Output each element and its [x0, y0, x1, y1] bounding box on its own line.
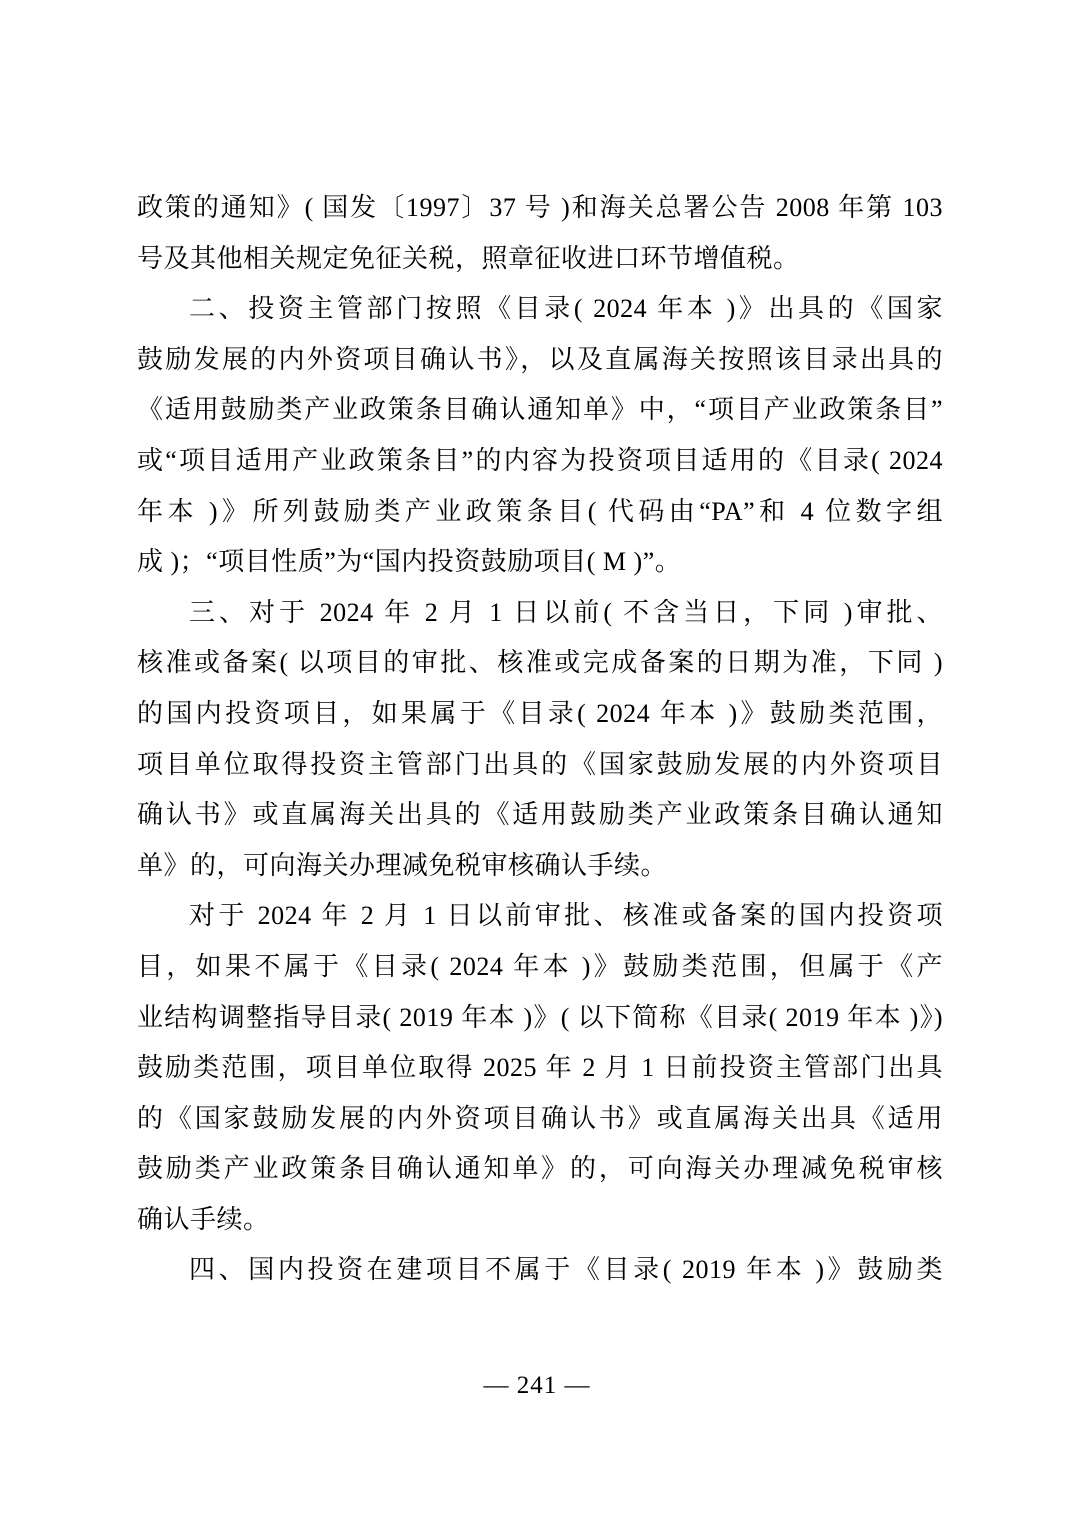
- text-line: 对于 2024 年 2 月 1 日以前审批、核准或备案的国内投资项: [137, 891, 943, 942]
- text-line: 业结构调整指导目录( 2019 年本 )》( 以下简称《目录( 2019 年本 …: [137, 993, 943, 1044]
- text-line: 二、投资主管部门按照《目录( 2024 年本 )》出具的《国家: [137, 284, 943, 335]
- text-line: 鼓励发展的内外资项目确认书》，以及直属海关按照该目录出具的: [137, 335, 943, 386]
- text-line: 鼓励类产业政策条目确认通知单》的，可向海关办理减免税审核: [137, 1144, 943, 1195]
- text-line: 单》的，可向海关办理减免税审核确认手续。: [137, 841, 943, 892]
- text-line: 的国内投资项目，如果属于《目录( 2024 年本 )》鼓励类范围，: [137, 689, 943, 740]
- text-line: 鼓励类范围，项目单位取得 2025 年 2 月 1 日前投资主管部门出具: [137, 1043, 943, 1094]
- document-body-text: 政策的通知》( 国发〔1997〕37 号 )和海关总署公告 2008 年第 10…: [137, 183, 943, 1296]
- text-line: 目，如果不属于《目录( 2024 年本 )》鼓励类范围，但属于《产: [137, 942, 943, 993]
- text-line: 三、对于 2024 年 2 月 1 日以前( 不含当日，下同 )审批、: [137, 588, 943, 639]
- text-line: 政策的通知》( 国发〔1997〕37 号 )和海关总署公告 2008 年第 10…: [137, 183, 943, 234]
- text-line: 确认书》或直属海关出具的《适用鼓励类产业政策条目确认通知: [137, 790, 943, 841]
- text-line: 核准或备案( 以项目的审批、核准或完成备案的日期为准，下同 ): [137, 638, 943, 689]
- text-line: 《适用鼓励类产业政策条目确认通知单》中，“项目产业政策条目”: [137, 385, 943, 436]
- text-line: 四、国内投资在建项目不属于《目录( 2019 年本 )》鼓励类: [137, 1245, 943, 1296]
- text-line: 确认手续。: [137, 1195, 943, 1246]
- document-page: 政策的通知》( 国发〔1997〕37 号 )和海关总署公告 2008 年第 10…: [0, 0, 1074, 1520]
- text-line: 项目单位取得投资主管部门出具的《国家鼓励发展的内外资项目: [137, 740, 943, 791]
- text-line: 或“项目适用产业政策条目”的内容为投资项目适用的《目录( 2024: [137, 436, 943, 487]
- text-line: 的《国家鼓励发展的内外资项目确认书》或直属海关出具《适用: [137, 1094, 943, 1145]
- text-line: 号及其他相关规定免征关税，照章征收进口环节增值税。: [137, 234, 943, 285]
- text-line: 成 )；“项目性质”为“国内投资鼓励项目( M )”。: [137, 537, 943, 588]
- text-line: 年本 )》所列鼓励类产业政策条目( 代码由“PA”和 4 位数字组: [137, 487, 943, 538]
- page-number: — 241 —: [0, 1372, 1074, 1400]
